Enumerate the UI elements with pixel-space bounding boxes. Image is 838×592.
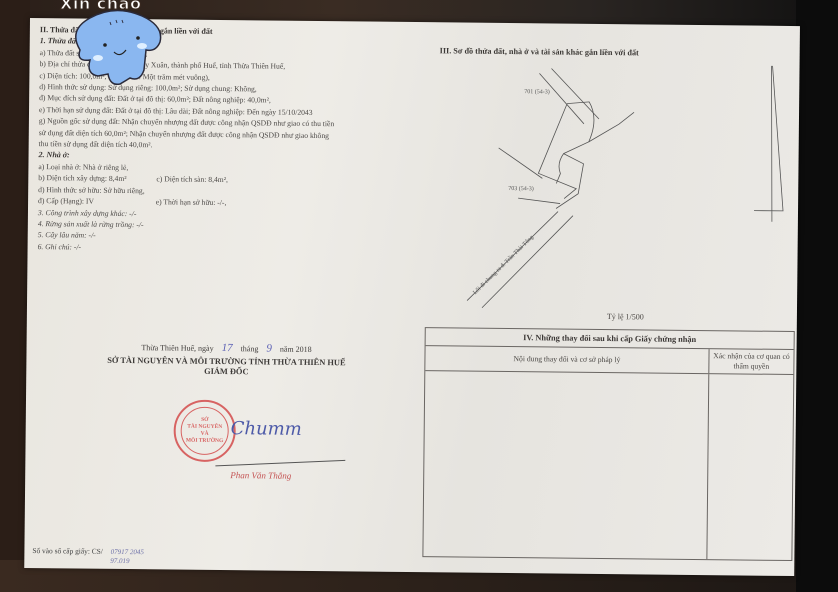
date-day: 17: [216, 342, 239, 354]
registry-label: Số vào sổ cấp giấy: CS/: [32, 546, 103, 556]
registry-number: Số vào sổ cấp giấy: CS/ 07917 2045 97.01…: [32, 546, 144, 556]
date-year: năm 2018: [280, 345, 312, 354]
map-scale: Tỷ lệ 1/500: [607, 312, 644, 321]
house-grade: đ) Cấp (Hạng): IV: [38, 196, 94, 206]
column-header-change-content: Nội dung thay đổi và cơ sở pháp lý: [425, 346, 709, 373]
road-edge: [482, 215, 573, 309]
sticker-cheek: [137, 43, 147, 49]
stamp-line: SỞ: [176, 417, 234, 425]
signature-block: Thừa Thiên Huế, ngày 17 tháng 9 năm 2018…: [66, 340, 386, 377]
date-prefix: Thừa Thiên Huế, ngày: [141, 343, 213, 353]
handwritten-signature: Chumm: [231, 418, 302, 440]
house-term: e) Thời hạn sở hữu: -/-,: [156, 196, 227, 208]
background-dark-right: [796, 0, 838, 592]
date-month: 9: [260, 342, 278, 354]
boundary-line: [551, 68, 600, 118]
official-red-stamp: SỞ TÀI NGUYÊN VÀ MÔI TRƯỜNG: [173, 400, 236, 463]
boundary-line: [589, 112, 634, 142]
table-cell-confirmation: [707, 374, 793, 560]
neighbor-label-top: 701 (54-3): [524, 88, 550, 95]
boundary-line: [556, 154, 584, 209]
table-body-empty: [423, 371, 793, 560]
house-build-area: b) Diện tích xây dựng: 8,4m²: [38, 173, 126, 183]
date-month-label: tháng: [241, 344, 259, 353]
table-cell-change-content: [423, 371, 709, 559]
registry-handwritten-1: 07917 2045: [111, 548, 144, 556]
issue-date: Thừa Thiên Huế, ngày 17 tháng 9 năm 2018: [67, 340, 387, 355]
sticker-eye: [136, 36, 140, 40]
section-4-changes-table: IV. Những thay đổi sau khi cấp Giấy chứn…: [422, 327, 794, 561]
house-floor-area: c) Diện tích sàn: 8,4m²,: [156, 174, 228, 186]
signature-underline: [215, 460, 345, 466]
stamp-line: VÀ: [176, 431, 234, 439]
registry-handwritten-2: 97.019: [110, 557, 129, 565]
section-3-title: III. Sơ đồ thửa đất, nhà ở và tài sản kh…: [440, 46, 639, 57]
sticker-greeting-text: Xin chào: [60, 0, 141, 13]
land-certificate-page: II. Thửa đất, nhà ở và tài sản khác gắn …: [24, 18, 800, 576]
north-arrow: [754, 66, 785, 222]
column-header-authority-confirmation: Xác nhận của cơ quan có thẩm quyền: [709, 349, 793, 374]
neighbor-label-bottom: 703 (54-3): [508, 185, 534, 192]
sticker-cheek: [93, 55, 103, 61]
signer-name: Phan Văn Thắng: [230, 470, 291, 481]
land-plot-diagram: 701 (54-3) 703 (54-3) Lối đi chung ra đ.…: [437, 62, 790, 326]
road-label: Lối đi chung ra đ. Trần Thái Tông: [472, 234, 535, 296]
table-header-row: Nội dung thay đổi và cơ sở pháp lý Xác n…: [425, 346, 793, 375]
boundary-line: [518, 198, 560, 203]
stamp-line: MÔI TRƯỜNG: [176, 438, 234, 446]
stamp-line: TÀI NGUYÊN: [176, 424, 234, 432]
sticker-eye: [103, 43, 107, 47]
boundary-line: [498, 148, 542, 178]
plot-outline: [538, 103, 577, 198]
